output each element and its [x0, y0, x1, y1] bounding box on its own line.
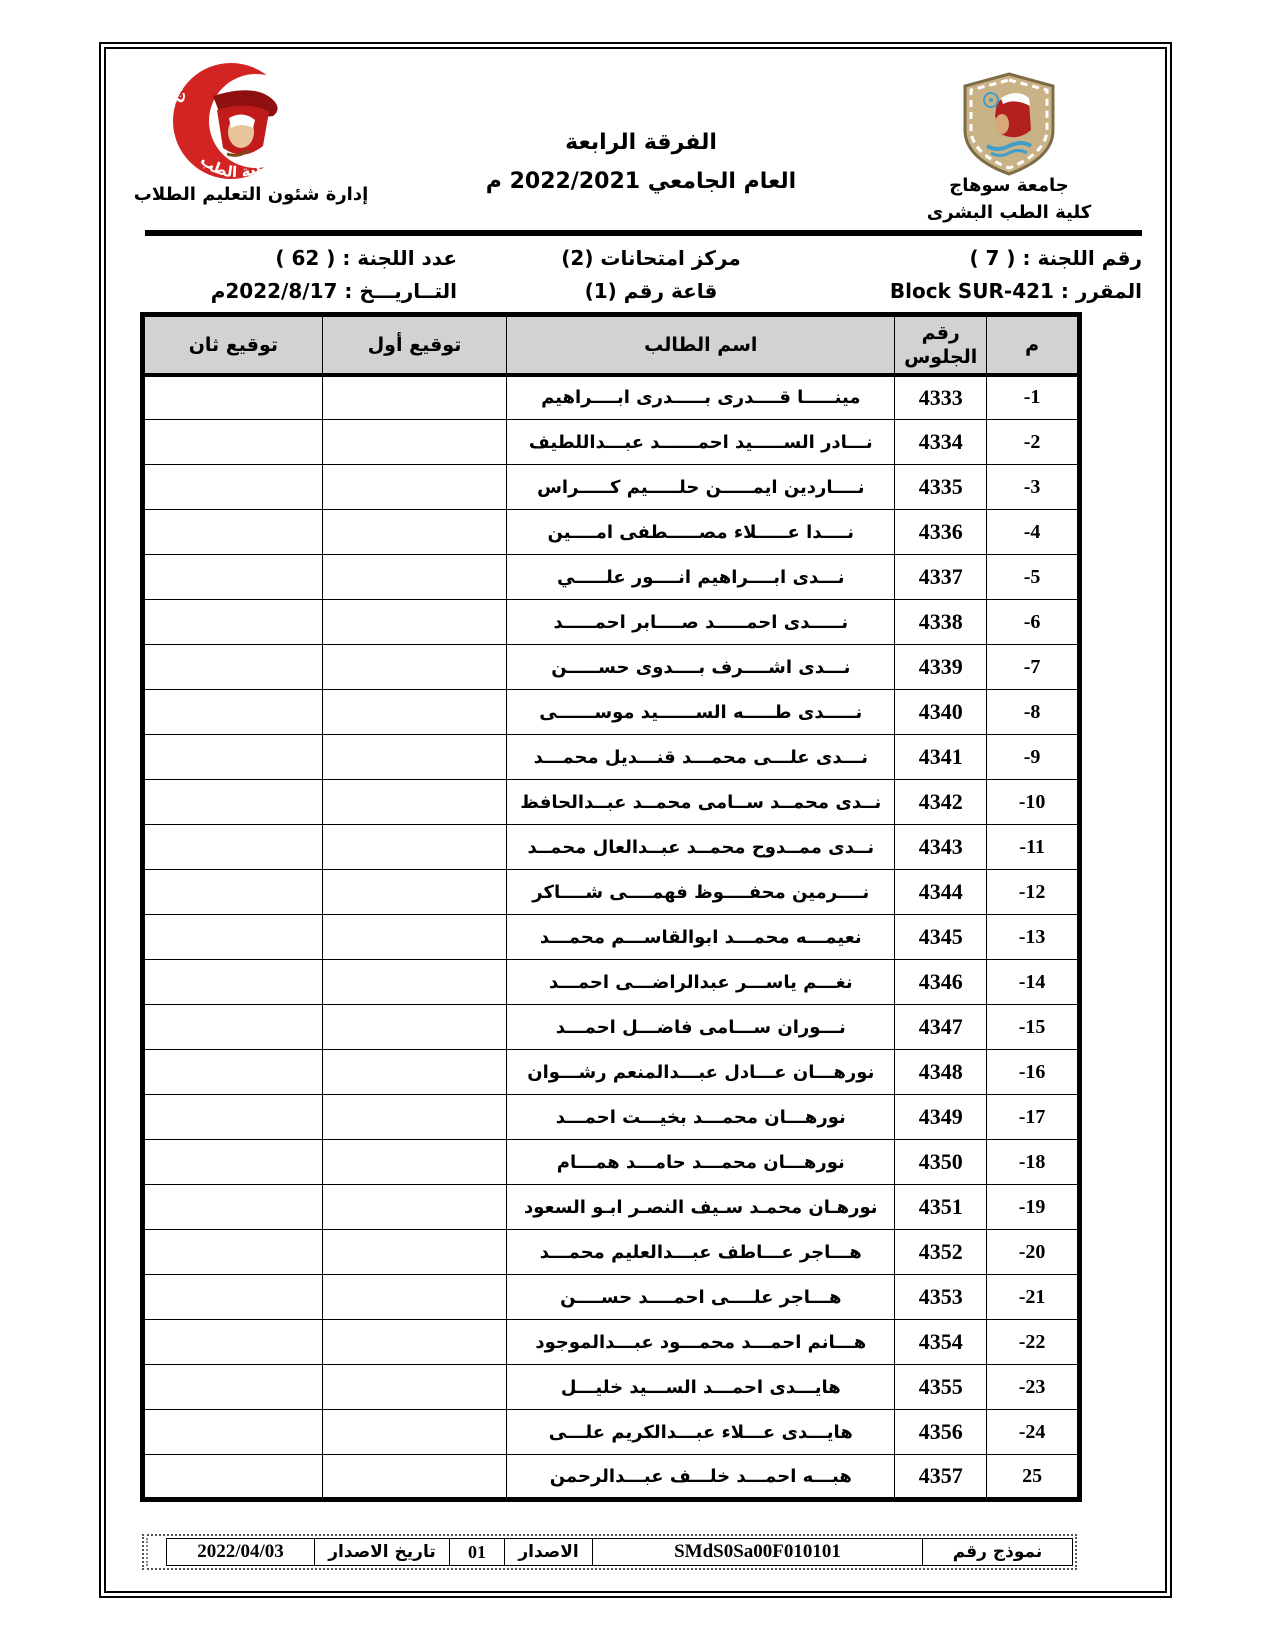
footer-empty-cell: [146, 1538, 166, 1566]
seat-number: 4352: [895, 1230, 987, 1275]
student-name: نـــــدى طـــــه الســــــيد موســــــى: [507, 690, 895, 735]
first-signature-cell: [322, 735, 507, 780]
table-header-row: م رقم الجلوس اسم الطالب توقيع أول توقيع …: [143, 315, 1080, 375]
exam-info-section: رقم اللجنة : ( 7 ) المقرر : Block SUR-42…: [101, 242, 1174, 308]
first-signature-cell: [322, 825, 507, 870]
crescent-faculty-logo-icon: جامعة سوهاج كلية الطب: [153, 58, 333, 184]
student-row: -24 4356 هايـــدى عـــلاء عبـــدالكريم ع…: [143, 1410, 1080, 1455]
header-second-signature: توقيع ثان: [143, 315, 323, 375]
seat-number: 4340: [895, 690, 987, 735]
row-index: -23: [987, 1365, 1080, 1410]
student-row: -12 4344 نــــرمين محفــــوظ فهمــــى شـ…: [143, 870, 1080, 915]
row-index: -6: [987, 600, 1080, 645]
first-signature-cell: [322, 600, 507, 645]
student-row: -3 4335 نــــاردين ايمـــــن حلـــــيم ك…: [143, 465, 1080, 510]
first-signature-cell: [322, 1275, 507, 1320]
hall-number: قاعة رقم (1): [486, 275, 816, 308]
student-row: -10 4342 نــدى محمــد ســامى محمــد عبــ…: [143, 780, 1080, 825]
second-signature-cell: [143, 825, 323, 870]
second-signature-cell: [143, 600, 323, 645]
student-row: -6 4338 نـــــدى احمـــــد صــــابر احمـ…: [143, 600, 1080, 645]
student-row: -16 4348 نورهـــان عـــادل عبـــدالمنعم …: [143, 1050, 1080, 1095]
first-signature-cell: [322, 1005, 507, 1050]
header-first-signature: توقيع أول: [322, 315, 507, 375]
row-index: -13: [987, 915, 1080, 960]
second-signature-cell: [143, 1095, 323, 1140]
student-table-body: -1 4333 مينـــــا قــــدرى بـــــدرى ابـ…: [143, 375, 1080, 1500]
first-signature-cell: [322, 510, 507, 555]
row-index: -18: [987, 1140, 1080, 1185]
second-signature-cell: [143, 915, 323, 960]
version-label: الاصدار: [504, 1539, 592, 1565]
student-name: نـــدى اشــــرف بــــدوى حســـــن: [507, 645, 895, 690]
first-signature-cell: [322, 420, 507, 465]
form-number-label: نموذج رقم: [922, 1539, 1072, 1565]
second-signature-cell: [143, 1410, 323, 1455]
seat-number: 4355: [895, 1365, 987, 1410]
form-code: SMdS0Sa00F010101: [592, 1539, 922, 1565]
second-signature-cell: [143, 510, 323, 555]
row-index: -7: [987, 645, 1080, 690]
first-signature-cell: [322, 375, 507, 420]
student-row: -18 4350 نورهـــان محمـــد حامـــد همـــ…: [143, 1140, 1080, 1185]
student-row: -17 4349 نورهـــان محمـــد بخيـــت احمــ…: [143, 1095, 1080, 1140]
student-row: -5 4337 نـــدى ابــــراهيم انــــور علــ…: [143, 555, 1080, 600]
header-index: م: [987, 315, 1080, 375]
student-row: -8 4340 نـــــدى طـــــه الســــــيد موس…: [143, 690, 1080, 735]
first-signature-cell: [322, 1095, 507, 1140]
second-signature-cell: [143, 735, 323, 780]
row-index: -14: [987, 960, 1080, 1005]
first-signature-cell: [322, 690, 507, 735]
first-signature-cell: [322, 1410, 507, 1455]
second-signature-cell: [143, 1275, 323, 1320]
student-name: نــــدا عـــــلاء مصـــــطفى امــــين: [507, 510, 895, 555]
university-name-block: جامعة سوهاج كلية الطب البشرى: [889, 172, 1129, 226]
seat-number: 4357: [895, 1455, 987, 1500]
student-name: هـــاجر عـــاطف عبـــدالعليم محمـــد: [507, 1230, 895, 1275]
seat-number: 4350: [895, 1140, 987, 1185]
seat-number: 4334: [895, 420, 987, 465]
student-name: هبـــه احمـــد خلـــف عبـــدالرحمن: [507, 1455, 895, 1500]
page-frame: جامعة سوهاج كلية الطب إدارة شئون التعليم…: [99, 42, 1172, 1598]
student-row: -4 4336 نــــدا عـــــلاء مصـــــطفى امـ…: [143, 510, 1080, 555]
row-index: -17: [987, 1095, 1080, 1140]
exam-date: التــاريـــخ : 2022/8/17م: [161, 275, 457, 308]
first-signature-cell: [322, 1320, 507, 1365]
seat-number: 4356: [895, 1410, 987, 1455]
first-signature-cell: [322, 645, 507, 690]
student-row: -7 4339 نـــدى اشــــرف بــــدوى حســـــ…: [143, 645, 1080, 690]
page-title: الفرقة الرابعة: [401, 130, 881, 155]
seat-number: 4341: [895, 735, 987, 780]
row-index: -15: [987, 1005, 1080, 1050]
student-name: نــــرمين محفــــوظ فهمــــى شــــاكر: [507, 870, 895, 915]
student-name: هـــانم احمـــد محمـــود عبـــدالموجود: [507, 1320, 895, 1365]
student-name: نــدى محمــد ســامى محمــد عبــدالحافظ: [507, 780, 895, 825]
row-index: -9: [987, 735, 1080, 780]
student-name: نعيمـــه محمـــد ابوالقاســـم محمـــد: [507, 915, 895, 960]
first-signature-cell: [322, 780, 507, 825]
row-index: -4: [987, 510, 1080, 555]
student-table: م رقم الجلوس اسم الطالب توقيع أول توقيع …: [140, 312, 1082, 1502]
second-signature-cell: [143, 1140, 323, 1185]
second-signature-cell: [143, 780, 323, 825]
seat-number: 4348: [895, 1050, 987, 1095]
first-signature-cell: [322, 555, 507, 600]
first-signature-cell: [322, 1455, 507, 1500]
second-signature-cell: [143, 420, 323, 465]
row-index: -16: [987, 1050, 1080, 1095]
seat-number: 4338: [895, 600, 987, 645]
student-name: نورهـــان محمـــد حامـــد همـــام: [507, 1140, 895, 1185]
row-index: -10: [987, 780, 1080, 825]
student-name: نـــــدى احمـــــد صــــابر احمـــــد: [507, 600, 895, 645]
student-row: -22 4354 هـــانم احمـــد محمـــود عبـــد…: [143, 1320, 1080, 1365]
seat-number: 4347: [895, 1005, 987, 1050]
second-signature-cell: [143, 960, 323, 1005]
row-index: 25: [987, 1455, 1080, 1500]
seat-number: 4351: [895, 1185, 987, 1230]
student-name: نورهـــان محمـــد بخيـــت احمـــد: [507, 1095, 895, 1140]
student-name: نغـــم ياســـر عبدالراضـــى احمـــد: [507, 960, 895, 1005]
student-row: -21 4353 هـــاجر علــــى احمــــد حســــ…: [143, 1275, 1080, 1320]
student-row: 25 4357 هبـــه احمـــد خلـــف عبـــدالرح…: [143, 1455, 1080, 1500]
first-signature-cell: [322, 1050, 507, 1095]
course-code: المقرر : Block SUR-421: [802, 275, 1142, 308]
seat-number: 4336: [895, 510, 987, 555]
student-name: مينـــــا قــــدرى بـــــدرى ابــــراهيم: [507, 375, 895, 420]
second-signature-cell: [143, 1320, 323, 1365]
student-name: نورهـــان عـــادل عبـــدالمنعم رشـــوان: [507, 1050, 895, 1095]
second-signature-cell: [143, 1185, 323, 1230]
seat-number: 4335: [895, 465, 987, 510]
committee-count: عدد اللجنة : ( 62 ): [161, 242, 457, 275]
seat-number: 4354: [895, 1320, 987, 1365]
student-name: هايـــدى احمـــد الســـيد خليـــل: [507, 1365, 895, 1410]
student-name: نـــوران ســـامى فاضـــل احمـــد: [507, 1005, 895, 1050]
student-row: -15 4347 نـــوران ســـامى فاضـــل احمـــ…: [143, 1005, 1080, 1050]
second-signature-cell: [143, 870, 323, 915]
first-signature-cell: [322, 1365, 507, 1410]
student-row: -13 4345 نعيمـــه محمـــد ابوالقاســـم م…: [143, 915, 1080, 960]
student-row: -23 4355 هايـــدى احمـــد الســـيد خليــ…: [143, 1365, 1080, 1410]
first-signature-cell: [322, 465, 507, 510]
student-row: -9 4341 نـــدى علـــى محمـــد قنـــديل م…: [143, 735, 1080, 780]
student-name: هـــاجر علــــى احمــــد حســــن: [507, 1275, 895, 1320]
row-index: -21: [987, 1275, 1080, 1320]
seat-number: 4345: [895, 915, 987, 960]
student-row: -14 4346 نغـــم ياســـر عبدالراضـــى احم…: [143, 960, 1080, 1005]
seat-number: 4342: [895, 780, 987, 825]
second-signature-cell: [143, 1455, 323, 1500]
issue-date-label: تاريخ الاصدار: [314, 1539, 449, 1565]
faculty-name: كلية الطب البشرى: [889, 199, 1129, 226]
row-index: -24: [987, 1410, 1080, 1455]
student-row: -11 4343 نــدى ممــدوح محمــد عبــدالعال…: [143, 825, 1080, 870]
student-row: -2 4334 نـــادر الســـــيد احمــــــد عب…: [143, 420, 1080, 465]
first-signature-cell: [322, 1185, 507, 1230]
first-signature-cell: [322, 870, 507, 915]
student-name: نـــدى ابــــراهيم انــــور علـــــي: [507, 555, 895, 600]
seat-number: 4346: [895, 960, 987, 1005]
row-index: -5: [987, 555, 1080, 600]
first-signature-cell: [322, 1140, 507, 1185]
second-signature-cell: [143, 1050, 323, 1095]
university-shield-logo-icon: [957, 72, 1061, 176]
form-footer-table: نموذج رقم SMdS0Sa00F010101 الاصدار 01 تا…: [166, 1538, 1073, 1566]
student-row: -20 4352 هـــاجر عـــاطف عبـــدالعليم مح…: [143, 1230, 1080, 1275]
exam-center: مركز امتحانات (2): [486, 242, 816, 275]
seat-number: 4343: [895, 825, 987, 870]
academic-year: العام الجامعي 2022/2021 م: [401, 169, 881, 194]
seat-number: 4337: [895, 555, 987, 600]
student-name: نــــاردين ايمـــــن حلـــــيم كـــــراس: [507, 465, 895, 510]
seat-number: 4333: [895, 375, 987, 420]
student-name: نـــدى علـــى محمـــد قنـــديل محمـــد: [507, 735, 895, 780]
second-signature-cell: [143, 555, 323, 600]
issue-date-value: 2022/04/03: [167, 1539, 314, 1565]
row-index: -8: [987, 690, 1080, 735]
student-name: نــدى ممــدوح محمــد عبــدالعال محمــد: [507, 825, 895, 870]
row-index: -1: [987, 375, 1080, 420]
student-name: هايـــدى عـــلاء عبـــدالكريم علـــى: [507, 1410, 895, 1455]
header-student-name: اسم الطالب: [507, 315, 895, 375]
second-signature-cell: [143, 645, 323, 690]
department-label: إدارة شئون التعليم الطلاب: [111, 184, 391, 205]
student-name: نورهـان محمـد سـيف النصـر ابـو السعود: [507, 1185, 895, 1230]
row-index: -11: [987, 825, 1080, 870]
seat-number: 4339: [895, 645, 987, 690]
document-page: جامعة سوهاج كلية الطب إدارة شئون التعليم…: [0, 0, 1275, 1650]
seat-number: 4344: [895, 870, 987, 915]
version-value: 01: [449, 1539, 504, 1565]
second-signature-cell: [143, 1005, 323, 1050]
form-footer: نموذج رقم SMdS0Sa00F010101 الاصدار 01 تا…: [142, 1534, 1077, 1570]
row-index: -22: [987, 1320, 1080, 1365]
second-signature-cell: [143, 690, 323, 735]
seat-number: 4353: [895, 1275, 987, 1320]
student-name: نـــادر الســـــيد احمــــــد عبـــداللط…: [507, 420, 895, 465]
second-signature-cell: [143, 1230, 323, 1275]
second-signature-cell: [143, 1365, 323, 1410]
second-signature-cell: [143, 465, 323, 510]
row-index: -3: [987, 465, 1080, 510]
header-seat-number: رقم الجلوس: [895, 315, 987, 375]
student-table-wrap: م رقم الجلوس اسم الطالب توقيع أول توقيع …: [140, 312, 1082, 1502]
first-signature-cell: [322, 1230, 507, 1275]
seat-number: 4349: [895, 1095, 987, 1140]
first-signature-cell: [322, 915, 507, 960]
committee-number: رقم اللجنة : ( 7 ): [802, 242, 1142, 275]
student-row: -19 4351 نورهـان محمـد سـيف النصـر ابـو …: [143, 1185, 1080, 1230]
row-index: -20: [987, 1230, 1080, 1275]
student-row: -1 4333 مينـــــا قــــدرى بـــــدرى ابـ…: [143, 375, 1080, 420]
header-divider-rule: [145, 230, 1142, 236]
first-signature-cell: [322, 960, 507, 1005]
row-index: -2: [987, 420, 1080, 465]
second-signature-cell: [143, 375, 323, 420]
university-name: جامعة سوهاج: [889, 172, 1129, 199]
row-index: -12: [987, 870, 1080, 915]
row-index: -19: [987, 1185, 1080, 1230]
title-block: الفرقة الرابعة العام الجامعي 2022/2021 م: [401, 130, 881, 194]
